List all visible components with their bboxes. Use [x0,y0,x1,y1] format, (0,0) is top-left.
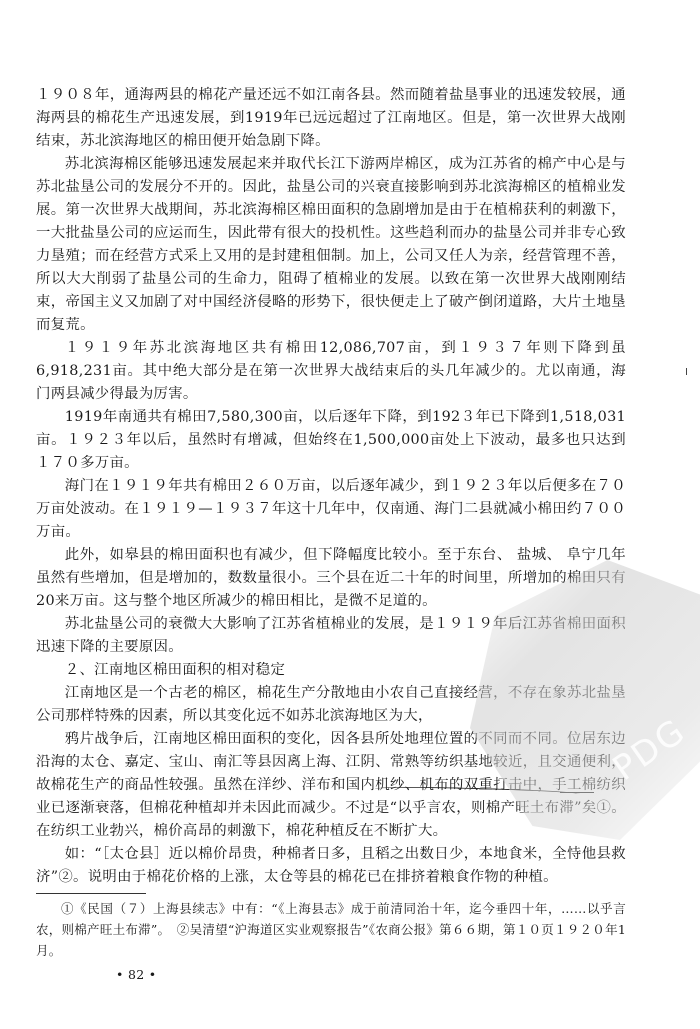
handwritten-dash [560,792,594,793]
document-page: １９０８年，通海两县的棉花产量还远不如江南各县。然而随着盐垦事业的迅速发较展，通… [36,84,626,986]
paragraph: １９１９年苏北滨海地区共有棉田12,086,707亩，到１９３７年则下降到虽6,… [36,337,626,406]
section-heading: ２、江南地区棉田面积的相对稳定 [36,659,626,682]
paragraph: 1919年南通共有棉田7,580,300亩，以后逐年下降，到192３年已下降到1… [36,406,626,475]
footnote-divider [36,893,146,894]
paragraph: 江南地区是一个古老的棉区，棉花生产分散地由小农自己直接经营，不存在象苏北盐垦公司… [36,682,626,728]
page-number: • 82 • [36,963,626,986]
paragraph: 苏北盐垦公司的衰微大大影响了江苏省植棉业的发展，是１９１９年后江苏省棉田面积迅速… [36,613,626,659]
footnote-text: ①《民国（７）上海县续志》中有：“《上海县志》成于前清同治十年，迄今垂四十年，…… [36,898,626,961]
paragraph: 海门在１９１９年共有棉田２６０万亩，以后逐年减少，到１９２３年以后便多在７０万亩… [36,475,626,544]
paragraph: １９０８年，通海两县的棉花产量还远不如江南各县。然而随着盐垦事业的迅速发较展，通… [36,84,626,153]
paragraph: 此外，如皋县的棉田面积也有减少，但下降幅度比较小。至于东台、 盐城、 阜宁几年虽… [36,544,626,613]
scan-artifact-mark [686,368,687,375]
paragraph: 鸦片战争后，江南地区棉田面积的变化，因各县所处地理位置的不同而不同。位居东边沿海… [36,728,626,843]
paragraph: 如：“［太仓县］近以棉价昂贵，种棉者日多，且稻之出数日少，本地食米，全恃他县救济… [36,843,626,889]
paragraph: 苏北滨海棉区能够迅速发展起来并取代长江下游两岸棉区，成为江苏省的棉产中心是与苏北… [36,153,626,337]
footnotes: ①《民国（７）上海县续志》中有：“《上海县志》成于前清同治十年，迄今垂四十年，…… [36,898,626,961]
